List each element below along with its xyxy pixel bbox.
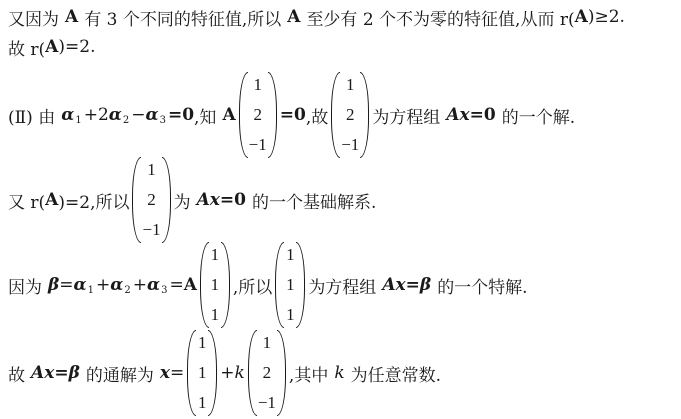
Ax: Ax [197, 190, 220, 210]
matrix-A: A [575, 7, 588, 27]
text: = [59, 275, 73, 295]
text-line-part2: (Ⅱ) 由 α1 +2 α2 − α3 =0 ,知 A 1 2 −1 =0 ,故… [8, 72, 575, 158]
text: = [170, 363, 184, 383]
text: 又 r( [8, 188, 45, 213]
vector-entry: 1 [193, 360, 211, 386]
matrix-A: A [45, 37, 58, 57]
column-vector: 1 2 −1 [239, 72, 277, 158]
text: 的通解为 [86, 361, 154, 386]
text: 故 r( [8, 35, 45, 60]
text: 的一个特解. [437, 273, 527, 298]
column-vector: 1 1 1 [187, 330, 217, 416]
text: + [133, 275, 147, 295]
x-vector: x [160, 363, 170, 383]
text: =β [406, 275, 432, 295]
alpha: α [110, 275, 123, 295]
matrix-A: A [65, 7, 78, 27]
text-line-1: 又因为 A 有 3 个不同的特征值,所以 A 至少有 2 个不为零的特征值,从而… [8, 4, 625, 30]
vector-entry: 1 [341, 72, 359, 98]
vector-entry: 1 [143, 157, 161, 183]
text: +2 [84, 105, 109, 125]
text: 的一个解. [502, 103, 575, 128]
subscript: 2 [124, 285, 130, 296]
text: =β [54, 363, 80, 383]
text: ,故 [306, 103, 328, 128]
text: 又因为 [8, 5, 59, 30]
vector-entry: 1 [206, 272, 224, 298]
matrix-A: A [287, 7, 300, 27]
column-vector: 1 2 −1 [132, 157, 170, 243]
text: = [169, 275, 183, 295]
text-line-2: 故 r( A )=2. [8, 34, 95, 60]
text: 为 [174, 188, 191, 213]
text: ,知 [194, 103, 216, 128]
text-line-6: 故 Ax =β 的通解为 x = 1 1 1 + k 1 2 −1 ,其中 k … [8, 330, 441, 416]
vector-entry: 1 [258, 330, 276, 356]
text: 为任意常数. [351, 361, 441, 386]
text: )≥2. [588, 7, 625, 27]
text: 因为 [8, 273, 42, 298]
vector-entry: 1 [206, 242, 224, 268]
Ax: Ax [382, 275, 405, 295]
text-line-4: 又 r( A )=2,所以 1 2 −1 为 Ax =0 的一个基础解系. [8, 157, 376, 243]
vector-entry: 1 [281, 242, 299, 268]
vector-entry: −1 [249, 132, 267, 158]
matrix-A: A [45, 190, 58, 210]
vector-entry: 1 [281, 272, 299, 298]
text: + [220, 363, 234, 383]
k-variable: k [235, 363, 245, 383]
vector-entry: 1 [193, 330, 211, 356]
text: + [96, 275, 110, 295]
vector-entry: 1 [281, 302, 299, 328]
alpha: α [147, 275, 160, 295]
part-label: (Ⅱ) 由 [8, 103, 55, 128]
vector-entry: 1 [193, 390, 211, 416]
Ax: Ax [446, 105, 469, 125]
vector-entry: 2 [341, 102, 359, 128]
text-line-5: 因为 β = α1 + α2 + α3 = A 1 1 1 ,所以 1 1 1 … [8, 242, 528, 328]
text: =0 [220, 190, 246, 210]
vector-entry: 2 [258, 360, 276, 386]
text: =0 [470, 105, 496, 125]
vector-entry: −1 [142, 217, 160, 243]
matrix-A: A [222, 105, 235, 125]
vector-entry: 1 [206, 302, 224, 328]
alpha: α [109, 105, 122, 125]
subscript: 3 [160, 115, 166, 126]
vector-entry: 2 [249, 102, 267, 128]
vector-entry: −1 [341, 132, 359, 158]
alpha: α [74, 275, 87, 295]
matrix-A: A [184, 275, 197, 295]
text: 为方程组 [308, 273, 376, 298]
text: 有 3 个不同的特征值,所以 [84, 5, 281, 30]
text: )=2,所以 [58, 188, 129, 213]
text: =0 [168, 105, 194, 125]
column-vector: 1 1 1 [275, 242, 305, 328]
text: ,所以 [233, 273, 272, 298]
subscript: 2 [123, 115, 129, 126]
column-vector: 1 1 1 [200, 242, 230, 328]
Ax: Ax [31, 363, 54, 383]
column-vector: 1 2 −1 [248, 330, 286, 416]
vector-entry: −1 [258, 390, 276, 416]
text: 至少有 2 个不为零的特征值,从而 r( [306, 5, 574, 30]
text: =0 [280, 105, 306, 125]
subscript: 1 [88, 285, 94, 296]
vector-entry: 1 [249, 72, 267, 98]
text: 为方程组 [372, 103, 440, 128]
text: 故 [8, 361, 25, 386]
subscript: 1 [75, 115, 81, 126]
alpha: α [145, 105, 158, 125]
beta: β [48, 275, 59, 295]
column-vector: 1 2 −1 [331, 72, 369, 158]
alpha: α [61, 105, 74, 125]
subscript: 3 [161, 285, 167, 296]
text: − [131, 105, 145, 125]
text: 的一个基础解系. [252, 188, 376, 213]
text: ,其中 [289, 361, 328, 386]
text: )=2. [58, 37, 95, 57]
k-variable: k [334, 363, 344, 383]
vector-entry: 2 [143, 187, 161, 213]
